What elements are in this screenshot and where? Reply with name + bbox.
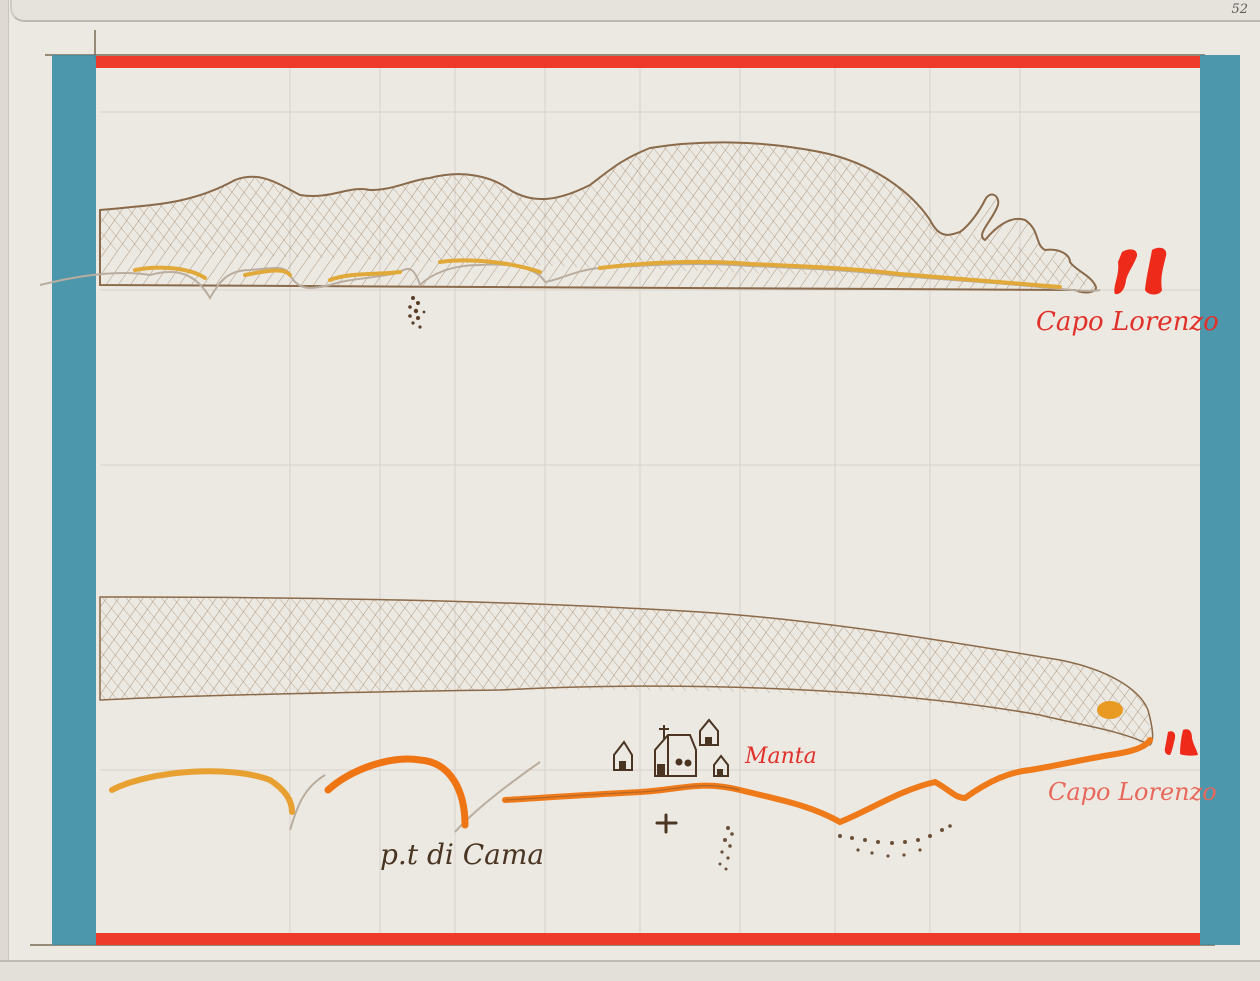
lower-coastline-outline xyxy=(290,762,540,832)
lower-ridge-crosshatch xyxy=(100,597,1149,745)
point-label-cama: p.t di Cama xyxy=(380,838,544,871)
cross-icon xyxy=(657,815,676,832)
town-label-manta: Manta xyxy=(745,744,817,769)
upper-cape-label: Capo Lorenzo xyxy=(1036,307,1219,337)
frame-blue-left xyxy=(52,55,96,945)
church-icon xyxy=(655,725,696,776)
lower-coastline-beach-2 xyxy=(328,759,465,825)
frame-red-bottom xyxy=(96,933,1200,945)
house-icon xyxy=(714,756,728,776)
manuscript-sheet: 52 xyxy=(0,0,1260,981)
lower-coastline-beach-1 xyxy=(112,771,292,812)
frame-blue-right xyxy=(1200,55,1240,945)
house-icon xyxy=(614,742,632,770)
orange-mark xyxy=(1097,701,1123,719)
house-icon xyxy=(700,720,718,745)
frame-red-top xyxy=(96,56,1200,68)
lower-cape-marker xyxy=(1165,729,1198,755)
upper-shoal-dots xyxy=(408,296,425,329)
upper-cape-marker xyxy=(1114,248,1166,295)
map-drawing xyxy=(0,0,1260,981)
lower-cape-label: Capo Lorenzo xyxy=(1048,778,1217,806)
